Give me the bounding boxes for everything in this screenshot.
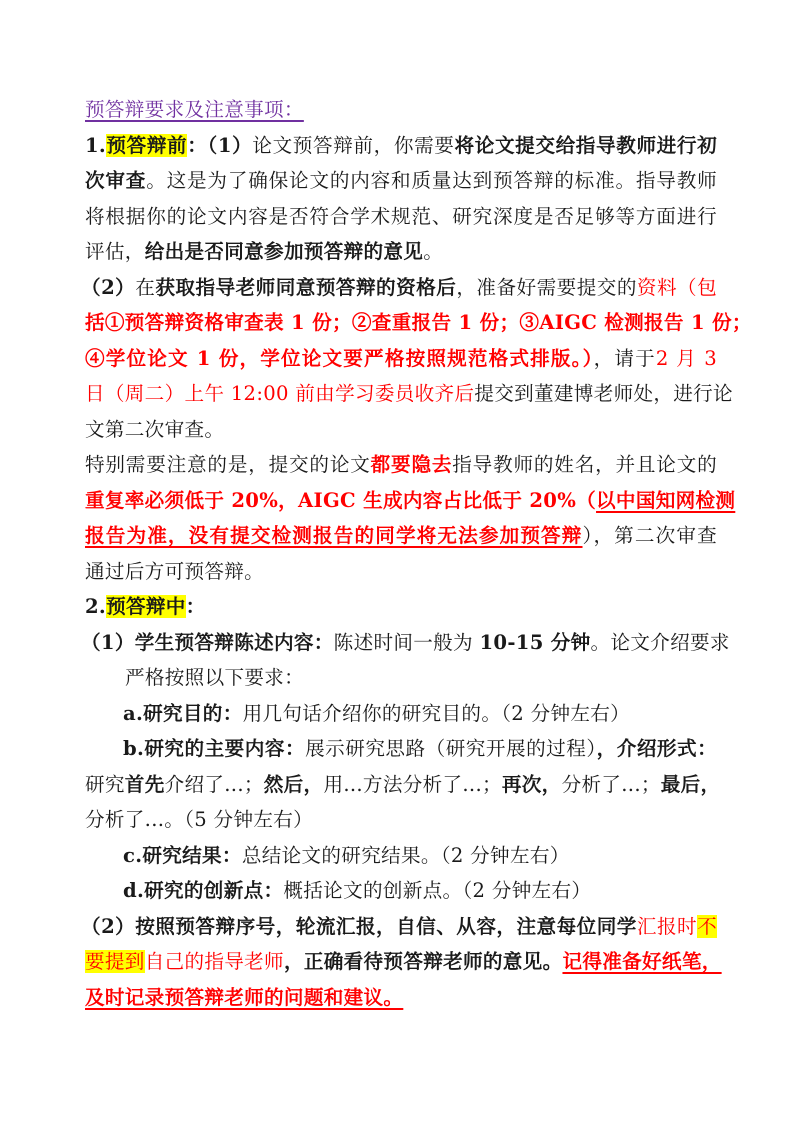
text-run: 次审查 (85, 169, 146, 192)
text-run: 10-15 分钟 (479, 631, 590, 654)
text-run: 预答辩中 (106, 595, 186, 618)
text-run: （2）按照预答辩序号，轮流汇报，自信、从容，注意每位同学 (81, 915, 637, 938)
text-run: 用几句话介绍你的研究目的。（2 分钟左右） (243, 702, 630, 725)
text-run: 论文预答辩前，你需要 (252, 134, 454, 157)
text-run: 记得准备好纸笔， (562, 950, 721, 973)
text-run: ： (186, 595, 206, 618)
text-run: 指导教师的姓名，并且论文的 (452, 453, 717, 476)
text-run: 陈述时间一般为 (334, 631, 480, 654)
section-1-item-2-line-2: 括①预答辩资格审查表 1 份；②查重报告 1 份；③AIGC 检测报告 1 份； (85, 305, 717, 341)
text-run: ，正确看待预答辩老师的意见。 (284, 950, 563, 973)
text-run: 介绍了...； (165, 773, 264, 796)
text-run: 获取指导老师同意预答辩的资格后 (155, 276, 456, 299)
notice-line-2: 重复率必须低于 20%，AIGC 生成内容占比低于 20%（以中国知网检测 (85, 483, 717, 519)
text-run: 。论文介绍要求 (591, 631, 730, 654)
text-run: （1）学生预答辩陈述内容： (81, 631, 334, 654)
text-run: a.研究目的： (123, 702, 243, 725)
notice-line-3: 报告为准，没有提交检测报告的同学将无法参加预答辩），第二次审查 (85, 518, 717, 554)
text-run: 用...方法分析了...； (323, 773, 501, 796)
text-run: 自己的指导老师 (145, 950, 284, 973)
text-run: 首先 (125, 773, 165, 796)
notice-line-4: 通过后方可预答辩。 (85, 554, 717, 590)
text-run: 2 月 3 (656, 347, 717, 370)
text-run: 资料（包 (637, 276, 717, 299)
text-run: 分析了...； (562, 773, 661, 796)
section-2-item-2-line-3: 及时记录预答辩老师的问题和建议。 (85, 980, 717, 1016)
sub-item-b-line-3: 分析了...。（5 分钟左右） (85, 802, 717, 838)
document-page: 预答辩要求及注意事项： 1.预答辩前：（1）论文预答辩前，你需要将论文提交给指导… (85, 92, 717, 1015)
text-run: 分析了...。（5 分钟左右） (85, 808, 313, 831)
text-run: 将根据你的论文内容是否符合学术规范、研究深度是否足够等方面进行 (85, 205, 717, 228)
text-run: 总结论文的研究结果。（2 分钟左右） (242, 844, 570, 867)
text-run: 通过后方可预答辩。 (85, 560, 264, 583)
text-run: d.研究的创新点： (123, 879, 283, 902)
text-run: ，准备好需要提交的 (456, 276, 637, 299)
section-1-item-2-line-5: 文第二次审查。 (85, 412, 717, 448)
section-1-line-2: 次审查。这是为了确保论文的内容和质量达到预答辩的标准。指导教师 (85, 163, 717, 199)
text-run: （2） (81, 276, 135, 299)
text-run: 以中国知网检测 (596, 489, 735, 512)
section-1-line-3: 将根据你的论文内容是否符合学术规范、研究深度是否足够等方面进行 (85, 199, 717, 235)
section-1-item-2-line-1: （2）在获取指导老师同意预答辩的资格后，准备好需要提交的资料（包 (81, 270, 717, 306)
sub-item-b-line-2: 研究首先介绍了...；然后，用...方法分析了...；再次，分析了...；最后， (85, 767, 717, 803)
text-run: 概括论文的创新点。（2 分钟左右） (283, 879, 591, 902)
section-1-item-2-line-4: 日（周二）上午 12:00 前由学习委员收齐后提交到董建博老师处，进行论 (85, 376, 717, 412)
section-2-heading: 2.预答辩中： (85, 589, 717, 625)
text-run: 要提到 (85, 950, 145, 973)
text-run: ，请于 (594, 347, 656, 370)
text-run: 汇报时 (637, 915, 697, 938)
text-run: 文第二次审查。 (85, 418, 224, 441)
sub-item-a: a.研究目的：用几句话介绍你的研究目的。（2 分钟左右） (85, 696, 717, 732)
text-run: 日（周二）上午 12:00 前由学习委员收齐后 (85, 382, 474, 405)
text-run: 严格按照以下要求： (125, 666, 304, 689)
text-run: ：（1） (187, 134, 252, 157)
section-2-item-2-line-1: （2）按照预答辩序号，轮流汇报，自信、从容，注意每位同学汇报时不 (81, 909, 717, 945)
section-2-item-2-line-2: 要提到自己的指导老师，正确看待预答辩老师的意见。记得准备好纸笔， (85, 944, 717, 980)
section-1-line-1: 1.预答辩前：（1）论文预答辩前，你需要将论文提交给指导教师进行初 (85, 128, 717, 164)
text-run: 不 (697, 915, 717, 938)
text-run: 预答辩前 (106, 134, 187, 157)
text-run: 特别需要注意的是，提交的论文 (85, 453, 371, 476)
text-run: 在 (135, 276, 155, 299)
document-title: 预答辩要求及注意事项： (85, 92, 717, 128)
text-run: 展示研究思路（研究开展的过程） (305, 737, 597, 760)
text-run: c.研究结果： (123, 844, 242, 867)
text-run: ，介绍形式： (597, 737, 717, 760)
text-run: 。 (423, 240, 443, 263)
sub-item-c: c.研究结果：总结论文的研究结果。（2 分钟左右） (85, 838, 717, 874)
text-run: 1. (85, 134, 106, 157)
text-run: 将论文提交给指导教师进行初 (455, 134, 717, 157)
text-run: ④学位论文 1 份，学位论文要严格按照规范格式排版。） (85, 347, 594, 370)
section-2-item-1-line-2: 严格按照以下要求： (85, 660, 717, 696)
section-1-item-2-line-3: ④学位论文 1 份，学位论文要严格按照规范格式排版。），请于2 月 3 (85, 341, 717, 377)
text-run: 再次， (502, 773, 562, 796)
text-run: 给出是否同意参加预答辩的意见 (145, 240, 424, 263)
text-run: b.研究的主要内容： (123, 737, 305, 760)
text-run: 提交到董建博老师处，进行论 (474, 382, 733, 405)
text-run: 研究 (85, 773, 125, 796)
text-run: 2. (85, 595, 106, 618)
section-2-item-1-line-1: （1）学生预答辩陈述内容：陈述时间一般为 10-15 分钟。论文介绍要求 (81, 625, 717, 661)
text-run: 括①预答辩资格审查表 1 份；②查重报告 1 份；③AIGC 检测报告 1 份； (85, 311, 752, 334)
text-run: ），第二次审查 (583, 524, 717, 547)
sub-item-b-line-1: b.研究的主要内容：展示研究思路（研究开展的过程），介绍形式： (85, 731, 717, 767)
text-run: 评估， (85, 240, 145, 263)
notice-line-1: 特别需要注意的是，提交的论文都要隐去指导教师的姓名，并且论文的 (85, 447, 717, 483)
text-run: 。这是为了确保论文的内容和质量达到预答辩的标准。指导教师 (146, 169, 717, 192)
text-run: 最后， (661, 773, 721, 796)
section-1-line-4: 评估，给出是否同意参加预答辩的意见。 (85, 234, 717, 270)
text-run: 重复率必须低于 20%，AIGC 生成内容占比低于 20%（ (85, 489, 596, 512)
text-run: 及时记录预答辩老师的问题和建议。 (85, 986, 403, 1009)
sub-item-d: d.研究的创新点：概括论文的创新点。（2 分钟左右） (85, 873, 717, 909)
text-run: 报告为准，没有提交检测报告的同学将无法参加预答辩 (85, 524, 583, 547)
text-run: 都要隐去 (371, 453, 453, 476)
text-run: 然后， (264, 773, 324, 796)
